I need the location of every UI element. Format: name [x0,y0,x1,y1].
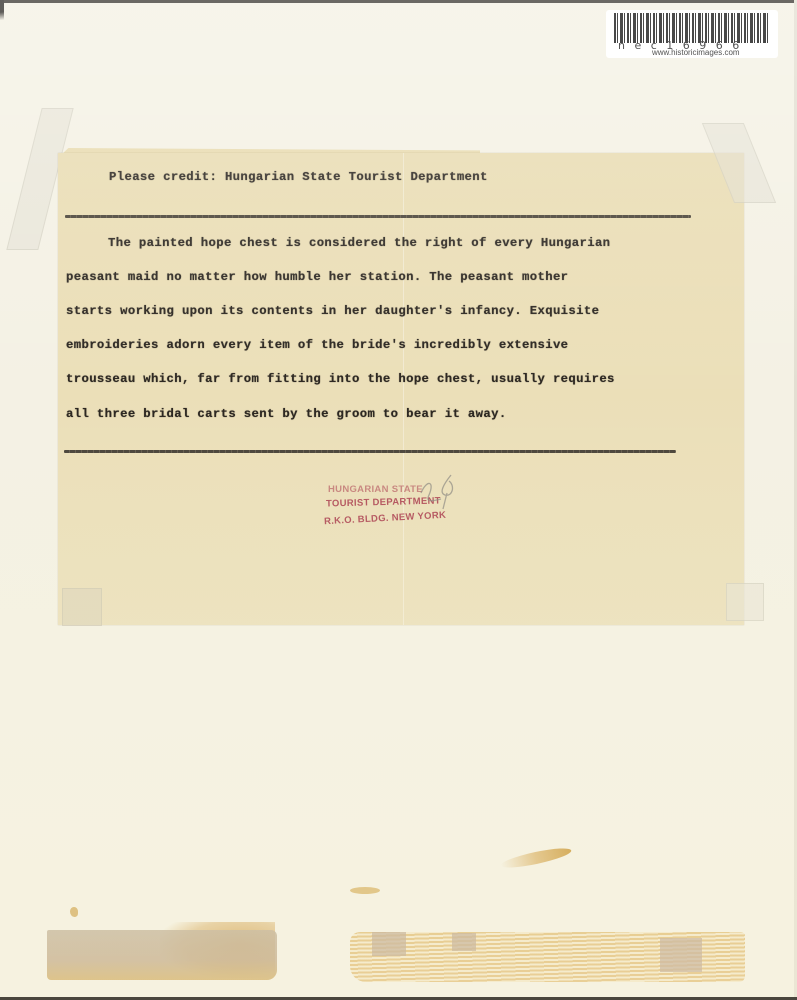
tape-bottom-left [62,588,102,626]
stamp-line-3: R.K.O. BLDG. NEW YORK [324,510,447,527]
caption-line-4: embroideries adorn every item of the bri… [66,338,568,352]
credit-line: Please credit: Hungarian State Tourist D… [109,170,488,184]
caption-line-2: peasant maid no matter how humble her st… [66,270,568,284]
caption-line-3: starts working upon its contents in her … [66,304,599,318]
tape-residue-patch [372,932,406,956]
caption-line-5: trousseau which, far from fitting into t… [66,372,615,386]
typed-rule-bottom [64,450,676,453]
stain-streak [500,845,573,872]
barcode-url: www.historicimages.com [652,48,740,57]
scan-edge-top [0,0,797,3]
slip-fold-line [403,153,404,625]
typed-rule-top [65,215,691,218]
stain-fleck [350,887,380,894]
barcode-label: nec16966 www.historicimages.com [606,10,778,58]
tape-residue-left [47,930,277,980]
press-release-slip: Please credit: Hungarian State Tourist D… [58,153,744,625]
caption-line-6: all three bridal carts sent by the groom… [66,407,507,421]
stamp-line-1: HUNGARIAN STATE [328,484,423,495]
scan-corner-shadow [0,0,4,20]
stain-dot [70,907,78,917]
caption-line-1: The painted hope chest is considered the… [108,236,610,250]
pencil-note-icon [413,471,463,511]
tape-residue-patch [452,933,476,951]
tape-bottom-right [726,583,764,621]
tape-residue-patch [660,938,702,972]
